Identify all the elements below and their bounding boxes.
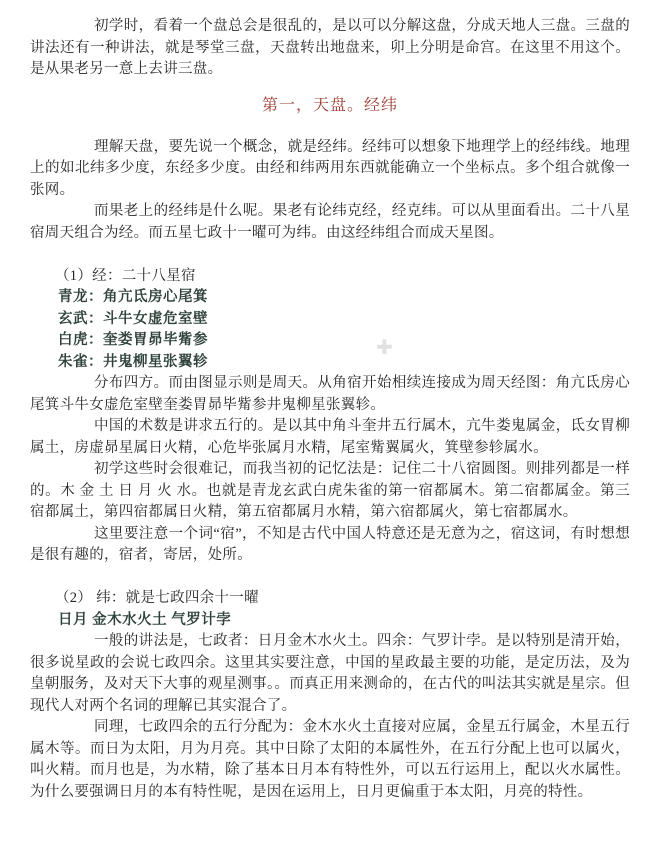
star-line-zhuque: 朱雀：井鬼柳星张翼轸 <box>30 352 630 374</box>
paragraph-qizheng-siyu: 一般的讲法是，七政者：日月金木水火土。四余：气罗计孛。是以特别是清开始，很多说星… <box>30 631 630 717</box>
paragraph-memory-method: 初学这些时会很难记，而我当初的记忆法是：记住二十八宿圆图。则排列都是一样的。木 … <box>30 459 630 524</box>
paragraph-su-word: 这里要注意一个词“宿”，不知是古代中国人特意还是无意为之，宿这词，有时想想是很有… <box>30 524 630 567</box>
section-heading: 第一，天盘。经纬 <box>30 95 630 117</box>
star-line-qinglong: 青龙：角亢氐房心尾箕 <box>30 287 630 309</box>
subsection-label-2: （2） 纬：就是七政四余十一曜 <box>30 588 630 610</box>
paragraph-jingwei-concept: 理解天盘，要先说一个概念，就是经纬。经纬可以想象下地理学上的经纬线。地理上的如北… <box>30 137 630 202</box>
star-line-baihu: 白虎：奎娄胃昴毕觜参 <box>30 330 630 352</box>
paragraph-guolao-jingwei: 而果老上的经纬是什么呢。果老有论纬克经，经克纬。可以从里面看出。二十八星宿周天组… <box>30 201 630 244</box>
subsection-label-1: （1）经：二十八星宿 <box>30 266 630 288</box>
document-page: 初学时，看着一个盘总会是很乱的，是以可以分解这盘，分成天地人三盘。三盘的讲法还有… <box>0 0 660 856</box>
paragraph-wuxing-assignment: 同理，七政四余的五行分配为：金木水火土直接对应属，金星五行属金，木星五行属木等。… <box>30 717 630 803</box>
paragraph-intro: 初学时，看着一个盘总会是很乱的，是以可以分解这盘，分成天地人三盘。三盘的讲法还有… <box>30 16 630 81</box>
star-line-qiyao: 日月 金木水火土 气罗计孛 <box>30 610 630 632</box>
paragraph-wuxing: 中国的术数是讲求五行的。是以其中角斗奎井五行属木，亢牛娄鬼属金，氐女胃柳属土，房… <box>30 416 630 459</box>
star-line-xuanwu: 玄武：斗牛女虚危室壁 <box>30 309 630 331</box>
paragraph-sifang: 分布四方。而由图显示则是周天。从角宿开始相续连接成为周天经图：角亢氐房心尾箕斗牛… <box>30 373 630 416</box>
